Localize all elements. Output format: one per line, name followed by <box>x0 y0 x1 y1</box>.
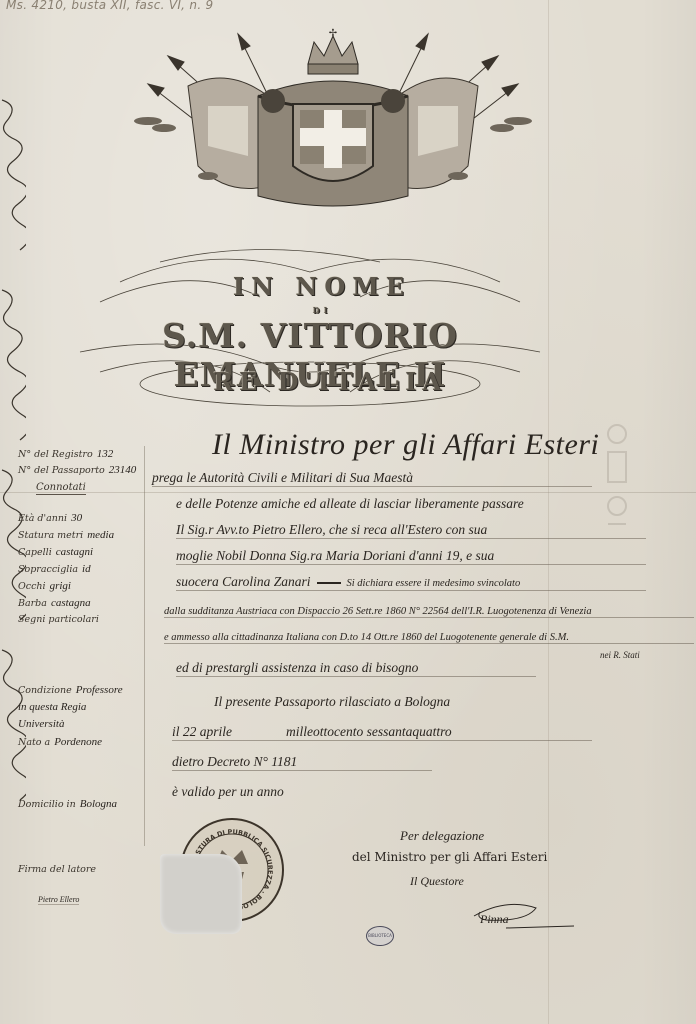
library-stamp-icon: BIBLIOTECA <box>366 926 394 946</box>
occhi-field: Occhigrigi <box>18 580 71 592</box>
statura-field: Statura metrimedia <box>18 529 114 541</box>
small-line-1: dalla sudditanza Austriaca con Dispaccio… <box>164 606 694 618</box>
dash-separator <box>317 582 341 584</box>
title-re-d-italia: RE D'ITALIA <box>80 367 580 396</box>
delegation-line-3: Il Questore <box>410 874 464 889</box>
questore-signature-name: Pinna <box>480 912 509 927</box>
body-line-4: moglie Nobil Donna Sig.ra Maria Doriani … <box>176 548 646 565</box>
assist-line: ed di prestargli assistenza in caso di b… <box>176 660 536 677</box>
condizione-field: CondizioneProfessore <box>18 684 123 696</box>
body-line-2: e delle Potenze amiche ed alleate di las… <box>176 496 524 512</box>
condizione-cont-1: in questa Regia <box>18 701 86 713</box>
delegation-line-2: del Ministro per gli Affari Esteri <box>352 850 547 864</box>
barba-field: Barbacastagna <box>18 597 91 609</box>
title-block: IN NOME DI S.M. VITTORIO EMANUELE II RE … <box>60 242 560 412</box>
svg-text:✢: ✢ <box>329 28 337 39</box>
domicilio-field: Domicilio inBologna <box>18 798 117 810</box>
delegation-line-1: Per delegazione <box>400 828 484 844</box>
body-line-5: suocera Carolina ZanariSi dichiara esser… <box>176 574 646 591</box>
body-line-3: Il Sig.r Avv.to Pietro Ellero, che si re… <box>176 522 646 539</box>
archive-reference-note: Ms. 4210, busta XII, fasc. VI, n. 9 <box>6 0 213 12</box>
connotati-heading: Connotati <box>36 482 86 495</box>
title-di: DI <box>72 305 572 315</box>
registro-field: N° del Registro132 <box>18 448 113 460</box>
nato-field: Nato aPordenone <box>18 736 102 748</box>
column-divider <box>144 446 145 846</box>
validity-line: è valido per un anno <box>172 784 284 800</box>
small-line-2: e ammesso alla cittadinanza Italiana con… <box>164 632 694 644</box>
title-in-nome: IN NOME <box>72 272 572 301</box>
sopracciglia-field: Sopraccigliaid <box>18 563 91 575</box>
decree-line: dietro Decreto N° 1181 <box>172 754 432 771</box>
body-line-1: prega le Autorità Civili e Militari di S… <box>152 470 592 487</box>
small-margin-note: nei R. Stati <box>600 650 640 660</box>
date-line: il 22 aprilemilleottocento sessantaquatt… <box>172 724 592 741</box>
minister-heading: Il Ministro per gli Affari Esteri <box>212 428 599 462</box>
issued-line: Il presente Passaporto rilasciato a Bolo… <box>214 694 450 710</box>
paper-fold-horizontal <box>0 492 696 493</box>
paper-repair-patch <box>160 854 242 934</box>
capelli-field: Capellicastagni <box>18 546 93 558</box>
segni-field: Segni particolari <box>18 614 99 625</box>
passaporto-field: N° del Passaporto23140 <box>18 464 136 476</box>
savoy-crest-icon: ✢ <box>128 26 538 216</box>
eta-field: Età d'anni30 <box>18 512 82 524</box>
firma-label: Firma del latore <box>18 864 96 875</box>
condizione-cont-2: Università <box>18 718 64 730</box>
bearer-signature: Pietro Ellero <box>34 894 79 905</box>
paper-fold-vertical <box>548 0 549 1024</box>
